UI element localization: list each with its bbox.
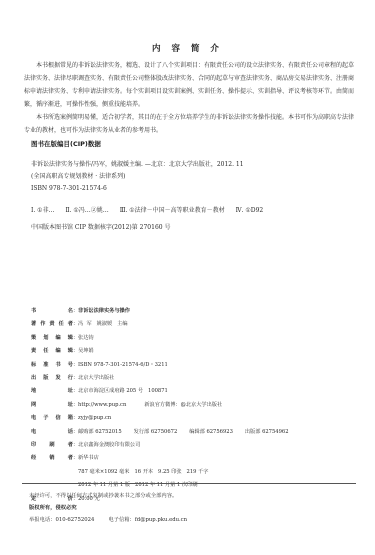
colophon-standard-number: 标准书号： ISBN 978-7-301-21574-6/D・3211 [31,359,361,372]
cip-record: 非诉讼法律实务与操作/冯军，姚淑媛主编. —北京：北京大学出版社，2012. 1… [31,159,361,195]
report-email[interactable]: 电子信箱：fd@pup.pku.edu.cn [108,517,187,523]
report-contact: 举报电话：010-62752024电子信箱：fd@pup.pku.edu.cn [29,514,359,526]
colophon-book-name: 书名： 非诉讼法律实务与操作 [31,305,361,318]
intro-paragraph: 本书根据常见的非诉讼法律实务，精选、设计了八个实训项目：有限责任公司的设立法律实… [24,59,354,111]
colophon-distributor: 经销者： 新华书店 [31,452,361,465]
intro-body: 本书根据常见的非诉讼法律实务，精选、设计了八个实训项目：有限责任公司的设立法律实… [24,59,354,137]
colophon: 书名： 非诉讼法律实务与操作 著作责任者： 冯 军 姚淑媛 主编 策划编辑： 张… [31,305,361,506]
colophon-authors: 著作责任者： 冯 军 姚淑媛 主编 [31,318,361,331]
colophon-responsible-editor: 责任编辑： 吴坤娟 [31,345,361,358]
intro-paragraph: 本书所选案例简明易懂，适合初学者，其目的在于全方位培养学生的非诉讼法律实务操作技… [24,111,354,137]
colophon-format: 787 毫米×1092 毫米 16 开本 9.25 印张 219 千字 [31,466,361,479]
rights-reserved: 版权所有，侵权必究 [29,502,359,514]
colophon-printer: 印刷者： 北京鑫海金澳胶印有限公司 [31,439,361,452]
cip-class-item: Ⅱ. ①冯…②姚… [66,207,109,214]
colophon-website: 网址： http://www.pup.cn 新浪官方微博： @北京大学出版社 [31,399,361,412]
colophon-publisher: 出版发行： 北京大学出版社 [31,372,361,385]
email-link[interactable]: zyjy@pup.cn [78,412,111,425]
cip-classification: Ⅰ. ①非… Ⅱ. ①冯…②姚… Ⅲ. ①法律－中国－高等职业教育－教材 Ⅳ. … [31,205,361,214]
cip-series-line: (全国高职高专规划教材 · 法律系列) [31,171,361,183]
colophon-email: 电子信箱： zyjy@pup.cn [31,412,361,425]
cip-class-item: Ⅳ. ①D92 [236,207,264,214]
colophon-planning-editor: 策划编辑： 张达钧 [31,332,361,345]
footer: 未经许可，不得以任何方式复制或抄袭本书之部分或全部内容。 版权所有，侵权必究 举… [29,490,359,526]
colophon-address: 地址： 北京市海淀区成府路 205 号 100871 [31,385,361,398]
copyright-page: 内 容 简 介 本书根据常见的非诉讼法律实务，精选、设计了八个实训项目：有限责任… [0,0,375,555]
report-phone: 举报电话：010-62752024 [29,517,94,523]
colophon-phone: 电话： 邮购部 62752015 发行部 62750672 编辑部 627569… [31,426,361,439]
divider-rule [22,483,356,484]
website-link[interactable]: http://www.pup.cn [78,399,126,412]
cip-isbn-line: ISBN 978-7-301-21574-6 [31,183,361,195]
copyright-notice: 未经许可，不得以任何方式复制或抄袭本书之部分或全部内容。 [29,490,359,502]
cip-title-line: 非诉讼法律实务与操作/冯军，姚淑媛主编. —北京：北京大学出版社，2012. 1… [31,159,361,171]
cip-class-item: Ⅰ. ①非… [31,207,55,214]
intro-title: 内 容 简 介 [0,42,375,54]
cip-record-number: 中国版本图书馆 CIP 数据核字(2012)第 270160 号 [31,222,170,231]
cip-class-item: Ⅲ. ①法律－中国－高等职业教育－教材 [120,207,225,214]
cip-heading: 图书在版编目(CIP)数据 [31,139,101,148]
weibo-handle[interactable]: @北京大学出版社 [181,399,223,412]
